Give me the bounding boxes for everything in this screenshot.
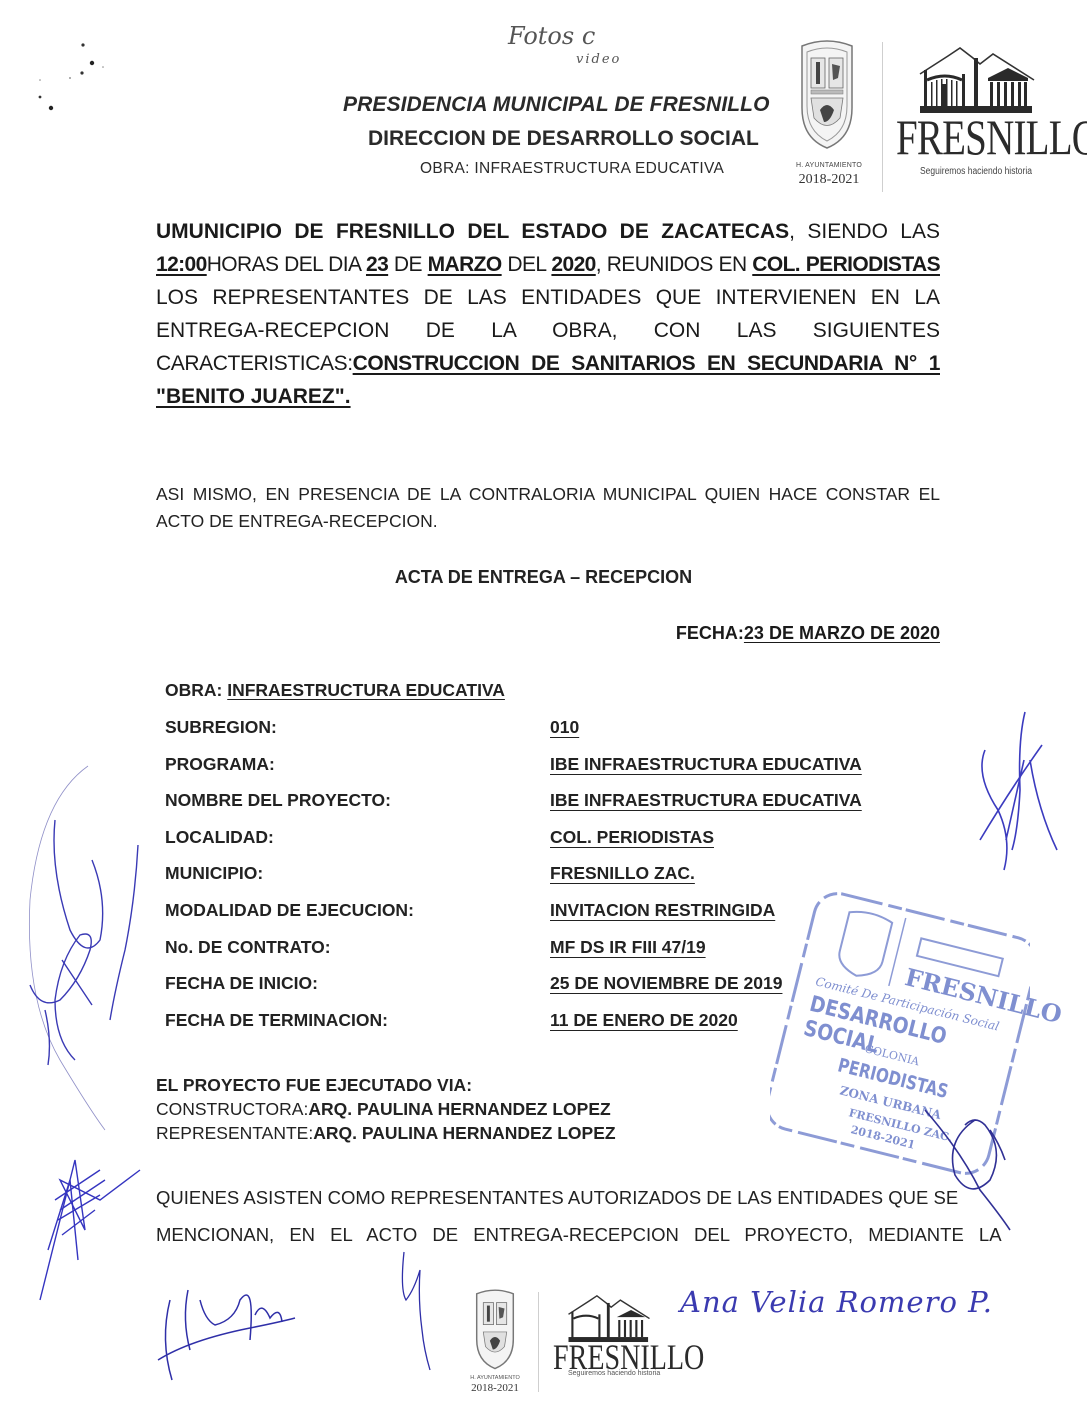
footer-coat-of-arms-icon (473, 1288, 517, 1370)
signature-bottom-left-icon (158, 1290, 295, 1380)
footer-fresnillo-tagline: Seguiremos haciendo historia (568, 1370, 660, 1377)
footer-divider (538, 1292, 539, 1392)
footer-crest-years: 2018-2021 (462, 1382, 528, 1394)
signature-stamp-overlay-icon (925, 1110, 1010, 1230)
handwritten-signature-name: Ana Velia Romero P. (680, 1285, 993, 1319)
signature-right-icon (980, 712, 1057, 870)
footer-crest-caption: H. AYUNTAMIENTO (462, 1375, 528, 1381)
signature-left-bottom-icon (40, 1160, 140, 1300)
signatures-layer (0, 0, 1087, 1405)
signature-bottom-middle-icon (402, 1252, 430, 1370)
signature-left-icon (29, 766, 138, 1130)
